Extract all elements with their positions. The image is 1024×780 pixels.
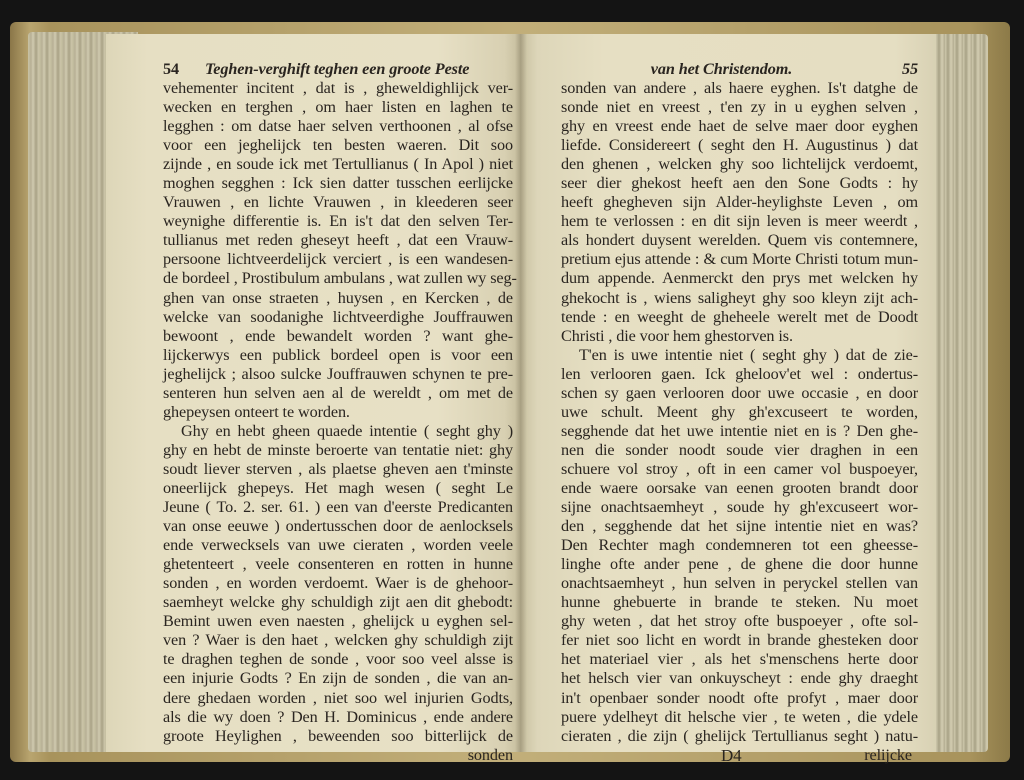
text-line: als hondert duysent werelden. Quem vis c…	[561, 231, 918, 250]
text-line: moghen segghen : Ick sien datter tussche…	[163, 174, 513, 193]
text-line: ghekocht is , wiens saligheyt ghy soo kl…	[561, 289, 918, 308]
text-line: Jeune ( To. 2. ser. 61. ) een van d'eers…	[163, 498, 513, 517]
text-line: vehementer incitent , dat is , gheweldig…	[163, 79, 513, 98]
text-line: senteren hun selven aen al de wereldt , …	[163, 384, 513, 403]
left-body-lines: vehementer incitent , dat is , gheweldig…	[163, 79, 513, 746]
text-line: het materiael vier , als het s'menschens…	[561, 650, 918, 669]
text-line: in't openbaer sonder noodt ofte profyt ,…	[561, 689, 918, 708]
text-line: den ghenen , welcken ghy soo lichtelijck…	[561, 155, 918, 174]
text-line: dere ghedaen worden , niet soo wel injur…	[163, 689, 513, 708]
text-line: schuere vol stroy , oft in een camer vol…	[561, 460, 918, 479]
text-line: sijne onachtsaemheyt , soude hy gh'excus…	[561, 498, 918, 517]
text-line: lijckerwys een publick bordeel open is v…	[163, 346, 513, 365]
text-line: seer dier ghekost heeft aen den Sone God…	[561, 174, 918, 193]
text-line: weynighe differentie is. En is't dat den…	[163, 212, 513, 231]
left-running-head: 54 Teghen-verghift teghen een groote Pes…	[163, 60, 513, 79]
open-book: 54 Teghen-verghift teghen een groote Pes…	[10, 20, 1010, 765]
text-line: sonden , en worden verdoemt. Waer is de …	[163, 574, 513, 593]
left-running-title: Teghen-verghift teghen een groote Peste	[179, 60, 513, 79]
text-line: Vrauwen , en lichte Vrauwen , in kleeder…	[163, 193, 513, 212]
left-page-number: 54	[163, 60, 179, 79]
text-line: T'en is uwe intentie niet ( seght ghy ) …	[561, 346, 918, 365]
text-line: saemheyt welcke ghy schuldigh zijt aen d…	[163, 593, 513, 612]
text-line: heeft ghegheven sijn Alder-heylighste Le…	[561, 193, 918, 212]
text-line: onachtsaemheyt , hun selven in peryckel …	[561, 574, 918, 593]
text-line: ghen van onse straeten , huysen , en Ker…	[163, 289, 513, 308]
text-line: hem te verlossen : en dit sijn leven is …	[561, 212, 918, 231]
text-line: pretium ejus attende : & cum Morte Chris…	[561, 250, 918, 269]
left-page: 54 Teghen-verghift teghen een groote Pes…	[106, 34, 521, 752]
right-page-number: 55	[902, 60, 918, 79]
text-line: een injurie Godts ? En zijn de sonden , …	[163, 669, 513, 688]
signature-mark: D4	[561, 746, 742, 765]
text-line: segghende dat het uwe intentie niet en i…	[561, 422, 918, 441]
right-running-head: van het Christendom. 55	[561, 60, 918, 79]
text-line: groote Heylighen , beweenden soo bitterl…	[163, 727, 513, 746]
text-line: ghy en vreest ende haet de selve maer do…	[561, 117, 918, 136]
text-line: cieraten , die zijn ( ghelijck Tertullia…	[561, 727, 918, 746]
text-line: welcke van soodanighe lichtveerdighe Jou…	[163, 308, 513, 327]
text-line: te draghen teghen de sonde , voor soo ve…	[163, 650, 513, 669]
text-line: van onse eeuwe ) ondertusschen door de a…	[163, 517, 513, 536]
text-line: het helsch vier van onkuyscheyt : ende g…	[561, 669, 918, 688]
text-line: uwe schult. Meent ghy gh'excuseert te wo…	[561, 403, 918, 422]
text-line: hunne ghebuerte in brande te steken. Nu …	[561, 593, 918, 612]
text-line: soudt liever sterven , als plaetse gheve…	[163, 460, 513, 479]
text-line: bewoont , ende bewandelt worden ? want g…	[163, 327, 513, 346]
text-line: dum appende. Aenmerckt den prys met welc…	[561, 269, 918, 288]
text-line: sonden van andere , als haere eyghen. Is…	[561, 79, 918, 98]
text-line: de bordeel , Prostibulum ambulans , wat …	[163, 269, 513, 288]
text-line: tende : en weeght de gheheele werelt met…	[561, 308, 918, 327]
text-line: legghen : om datse haer selven verthoone…	[163, 117, 513, 136]
right-page-text: van het Christendom. 55 sonden van ander…	[561, 60, 918, 765]
text-line: ghepeysen onteert te worden.	[163, 403, 513, 422]
text-line: fer niet soo licht en wordt in brande gh…	[561, 631, 918, 650]
text-line: tullianus met reden ghesеyt heeft , dat …	[163, 231, 513, 250]
text-line: voor een jeghelijck ten besten waeren. D…	[163, 136, 513, 155]
text-line: sonde niet en vreest , t'en zy in u eygh…	[561, 98, 918, 117]
text-line: ende verwecksels van uwe cieraten , word…	[163, 536, 513, 555]
text-line: puere ydelheyt dit helsche vier , te wet…	[561, 708, 918, 727]
right-body-lines: sonden van andere , als haere eyghen. Is…	[561, 79, 918, 746]
text-line: als die wy doen ? Den H. Dominicus , end…	[163, 708, 513, 727]
right-running-title: van het Christendom.	[561, 60, 902, 79]
left-catchword: sonden	[163, 746, 513, 765]
text-line: oneerlijck ghepeys. Het magh wesen ( seg…	[163, 479, 513, 498]
right-signature-row: D4 relijcke	[561, 746, 918, 765]
text-line: ghy weten , dat het stroy ofte buspoeyer…	[561, 612, 918, 631]
text-line: nen die sonder noodt soude vier draghen …	[561, 441, 918, 460]
text-line: ende waere oorsake van eenen grooten bra…	[561, 479, 918, 498]
text-line: ven ? Waer is den haet , welcken ghy sch…	[163, 631, 513, 650]
text-line: schen sy gaen verlooren door uwe occasie…	[561, 384, 918, 403]
right-page: van het Christendom. 55 sonden van ander…	[521, 34, 936, 752]
right-catchword: relijcke	[864, 746, 918, 765]
text-line: ghetenteert , veele consenteren en rotte…	[163, 555, 513, 574]
text-line: ghy en hebt de minste beroerte van tenta…	[163, 441, 513, 460]
book-gutter	[515, 34, 527, 752]
left-page-text: 54 Teghen-verghift teghen een groote Pes…	[163, 60, 513, 765]
text-line: Bemint uwen even naesten , ghelijck u ey…	[163, 612, 513, 631]
text-line: zijnde , en soude ick met Tertullianus (…	[163, 155, 513, 174]
text-line: Ghy en hebt gheen quaede intentie ( segh…	[163, 422, 513, 441]
text-line: jeghelijck ; alsoo sulcke Jouffrauwen sc…	[163, 365, 513, 384]
text-line: persoone lichtveerdelijck verciert , is …	[163, 250, 513, 269]
text-line: Christi , die voor hem ghestorven is.	[561, 327, 918, 346]
text-line: wecken en terghen , om haer listen en la…	[163, 98, 513, 117]
text-line: liefde. Considereert ( seght den H. Augu…	[561, 136, 918, 155]
text-line: linghe ofte ander pene , de ghene die do…	[561, 555, 918, 574]
text-line: den , segghende dat het sijne intentie n…	[561, 517, 918, 536]
text-line: len verlooren gaen. Ick gheloov'et wel :…	[561, 365, 918, 384]
text-line: Den Rechter magh condemneren tot een ghe…	[561, 536, 918, 555]
